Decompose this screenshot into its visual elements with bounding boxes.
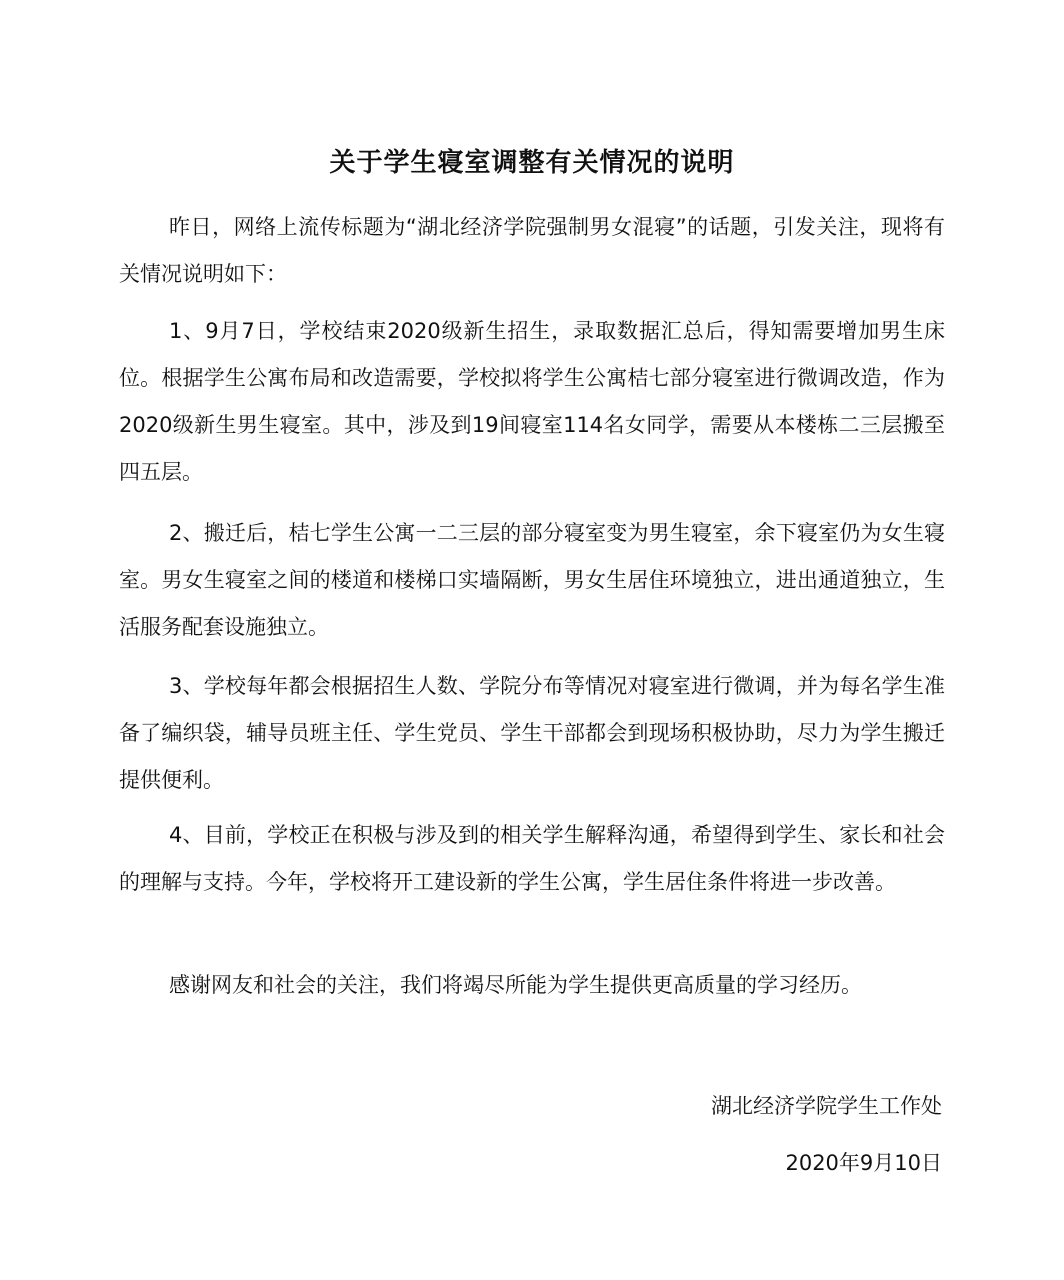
signature-date: 2020年9月10日: [785, 1143, 942, 1183]
intro-paragraph: 昨日，网络上流传标题为“湖北经济学院强制男女混寝”的话题，引发关注，现将有关情况…: [119, 204, 945, 298]
closing-paragraph: 感谢网友和社会的关注，我们将竭尽所能为学生提供更高质量的学习经历。: [119, 962, 945, 1009]
point-4-paragraph: 4、目前，学校正在积极与涉及到的相关学生解释沟通，希望得到学生、家长和社会的理解…: [119, 812, 945, 906]
point-1-paragraph: 1、9月7日，学校结束2020级新生招生，录取数据汇总后，得知需要增加男生床位。…: [119, 308, 945, 496]
point-2-paragraph: 2、搬迁后，桔七学生公寓一二三层的部分寝室变为男生寝室，余下寝室仍为女生寝室。男…: [119, 510, 945, 651]
point-3-paragraph: 3、学校每年都会根据招生人数、学院分布等情况对寝室进行微调，并为每名学生准备了编…: [119, 663, 945, 804]
signature-organization: 湖北经济学院学生工作处: [711, 1086, 942, 1126]
document-title: 关于学生寝室调整有关情况的说明: [0, 143, 1064, 183]
